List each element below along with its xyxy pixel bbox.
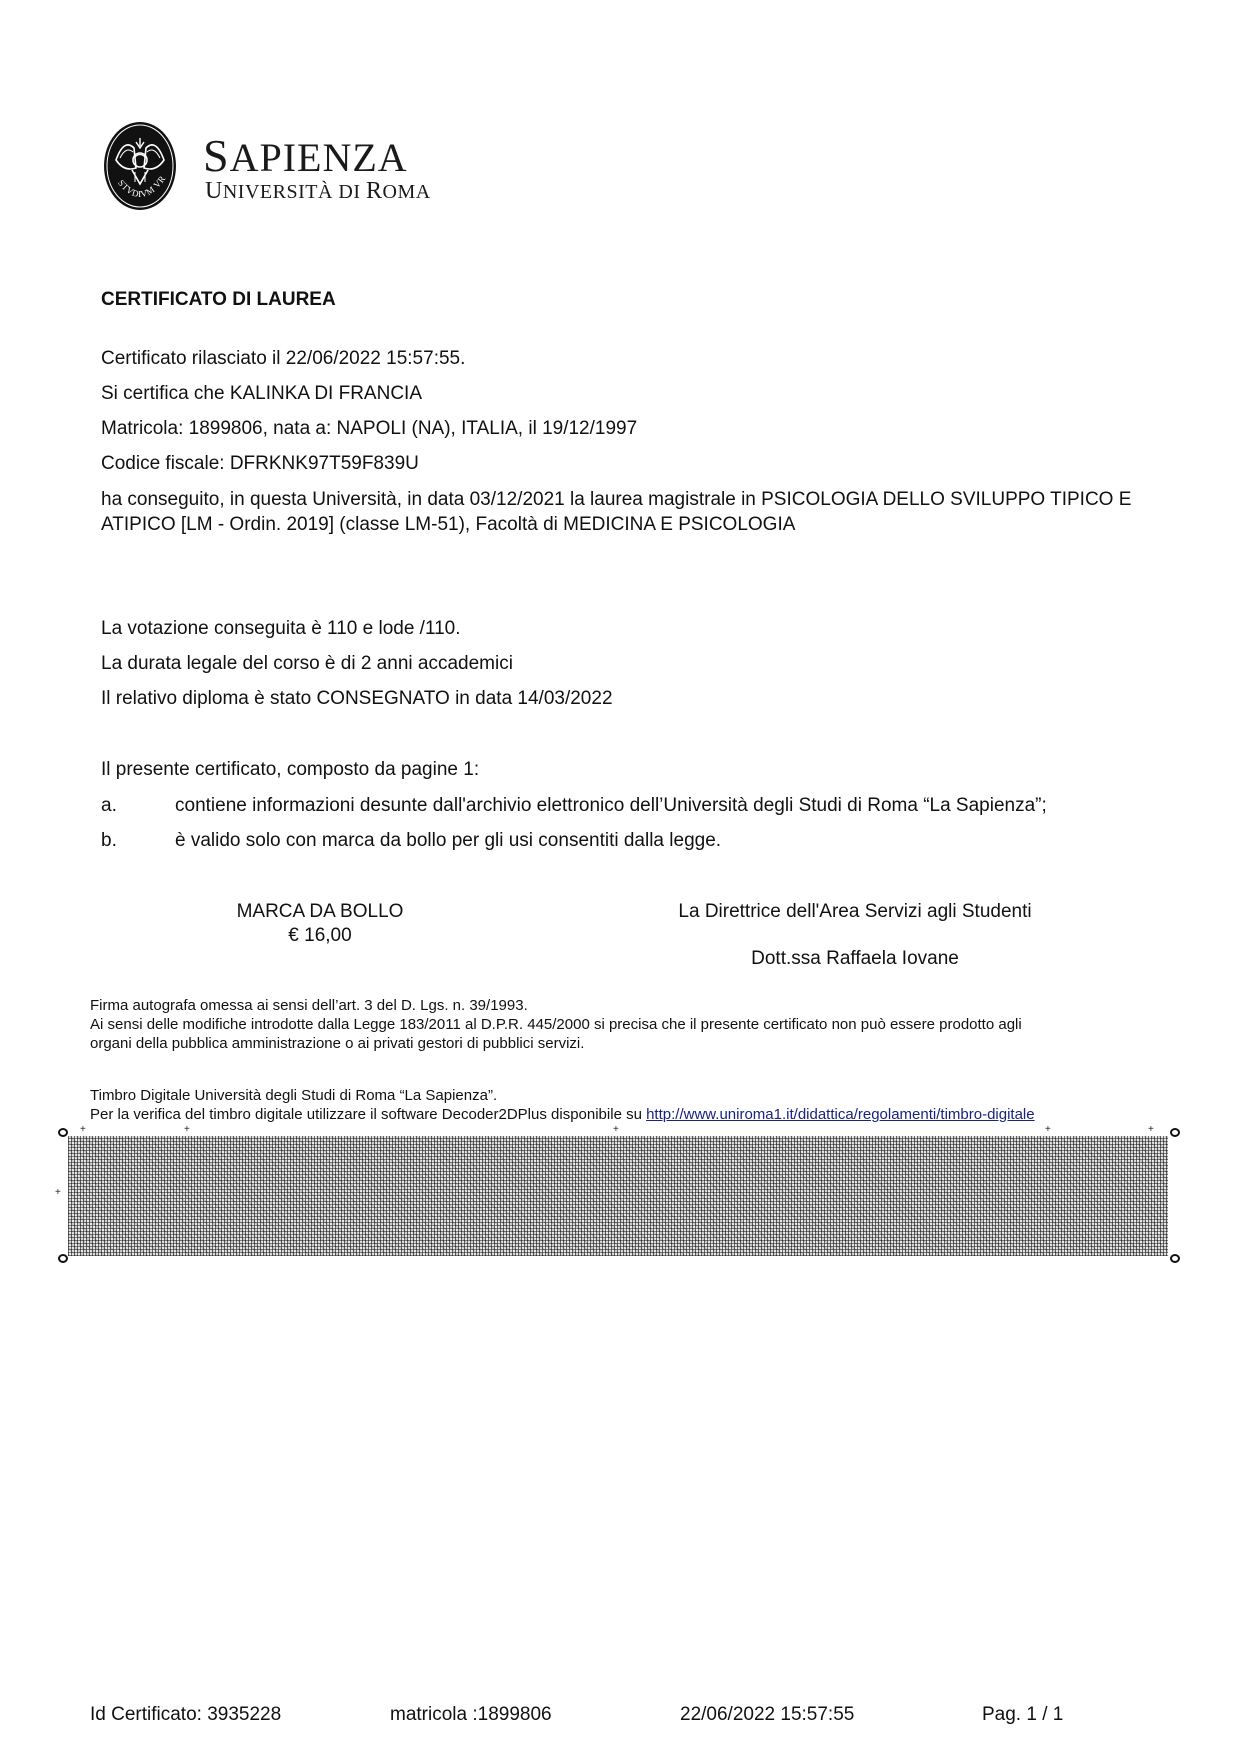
note-legal-2: organi della pubblica amministrazione o … <box>90 1034 584 1053</box>
plus-marker-icon: + <box>55 1188 61 1198</box>
university-seal-icon: STVDIVM VRBIS <box>102 120 178 212</box>
footer-datetime: 22/06/2022 15:57:55 <box>680 1704 854 1726</box>
revenue-stamp-block: MARCA DA BOLLO € 16,00 <box>200 900 440 948</box>
list-marker-b: b. <box>101 830 117 852</box>
digital-stamp-verification: Per la verifica del timbro digitale util… <box>90 1105 1035 1124</box>
list-item-archive-info: contiene informazioni desunte dall'archi… <box>175 795 1047 817</box>
brand-name: SAPIENZA <box>203 136 408 178</box>
corner-ring-icon <box>1170 1254 1180 1263</box>
note-legal-1: Ai sensi delle modifiche introdotte dall… <box>90 1015 1022 1034</box>
course-duration: La durata legale del corso è di 2 anni a… <box>101 653 513 675</box>
corner-ring-icon <box>58 1128 68 1137</box>
plus-marker-icon: + <box>1045 1125 1051 1135</box>
brand-subtitle: UNIVERSITÀ DI ROMA <box>205 180 431 203</box>
diploma-status: Il relativo diploma è stato CONSEGNATO i… <box>101 688 613 710</box>
signer-block: La Direttrice dell'Area Servizi agli Stu… <box>630 900 1080 971</box>
degree-statement: ha conseguito, in questa Università, in … <box>101 487 1161 537</box>
corner-ring-icon <box>1170 1128 1180 1137</box>
certificate-title: CERTIFICATO DI LAUREA <box>101 289 336 311</box>
composition-statement: Il presente certificato, composto da pag… <box>101 759 479 781</box>
footer-certificate-id: Id Certificato: 3935228 <box>90 1704 281 1726</box>
list-marker-a: a. <box>101 795 117 817</box>
stamp-amount: € 16,00 <box>200 924 440 948</box>
2d-barcode-icon: + + + + + + <box>58 1128 1182 1264</box>
signer-name: Dott.ssa Raffaela Iovane <box>630 947 1080 971</box>
list-item-validity: è valido solo con marca da bollo per gli… <box>175 830 721 852</box>
footer-page-number: Pag. 1 / 1 <box>982 1704 1063 1726</box>
signer-role: La Direttrice dell'Area Servizi agli Stu… <box>630 900 1080 924</box>
timbro-digitale-link[interactable]: http://www.uniroma1.it/didattica/regolam… <box>646 1106 1035 1123</box>
plus-marker-icon: + <box>613 1125 619 1135</box>
plus-marker-icon: + <box>1148 1125 1154 1135</box>
codice-fiscale: Codice fiscale: DFRKNK97T59F839U <box>101 453 419 475</box>
corner-ring-icon <box>58 1254 68 1263</box>
barcode-pattern <box>68 1136 1168 1256</box>
grade: La votazione conseguita è 110 e lode /11… <box>101 618 461 640</box>
note-signature-omitted: Firma autografa omessa ai sensi dell’art… <box>90 996 528 1015</box>
certified-person: Si certifica che KALINKA DI FRANCIA <box>101 383 422 405</box>
plus-marker-icon: + <box>80 1125 86 1135</box>
footer-matricola: matricola :1899806 <box>390 1704 552 1726</box>
matricola-birth-info: Matricola: 1899806, nata a: NAPOLI (NA),… <box>101 418 637 440</box>
digital-stamp-title: Timbro Digitale Università degli Studi d… <box>90 1086 497 1105</box>
issued-date: Certificato rilasciato il 22/06/2022 15:… <box>101 348 465 370</box>
stamp-label: MARCA DA BOLLO <box>200 900 440 924</box>
plus-marker-icon: + <box>184 1125 190 1135</box>
